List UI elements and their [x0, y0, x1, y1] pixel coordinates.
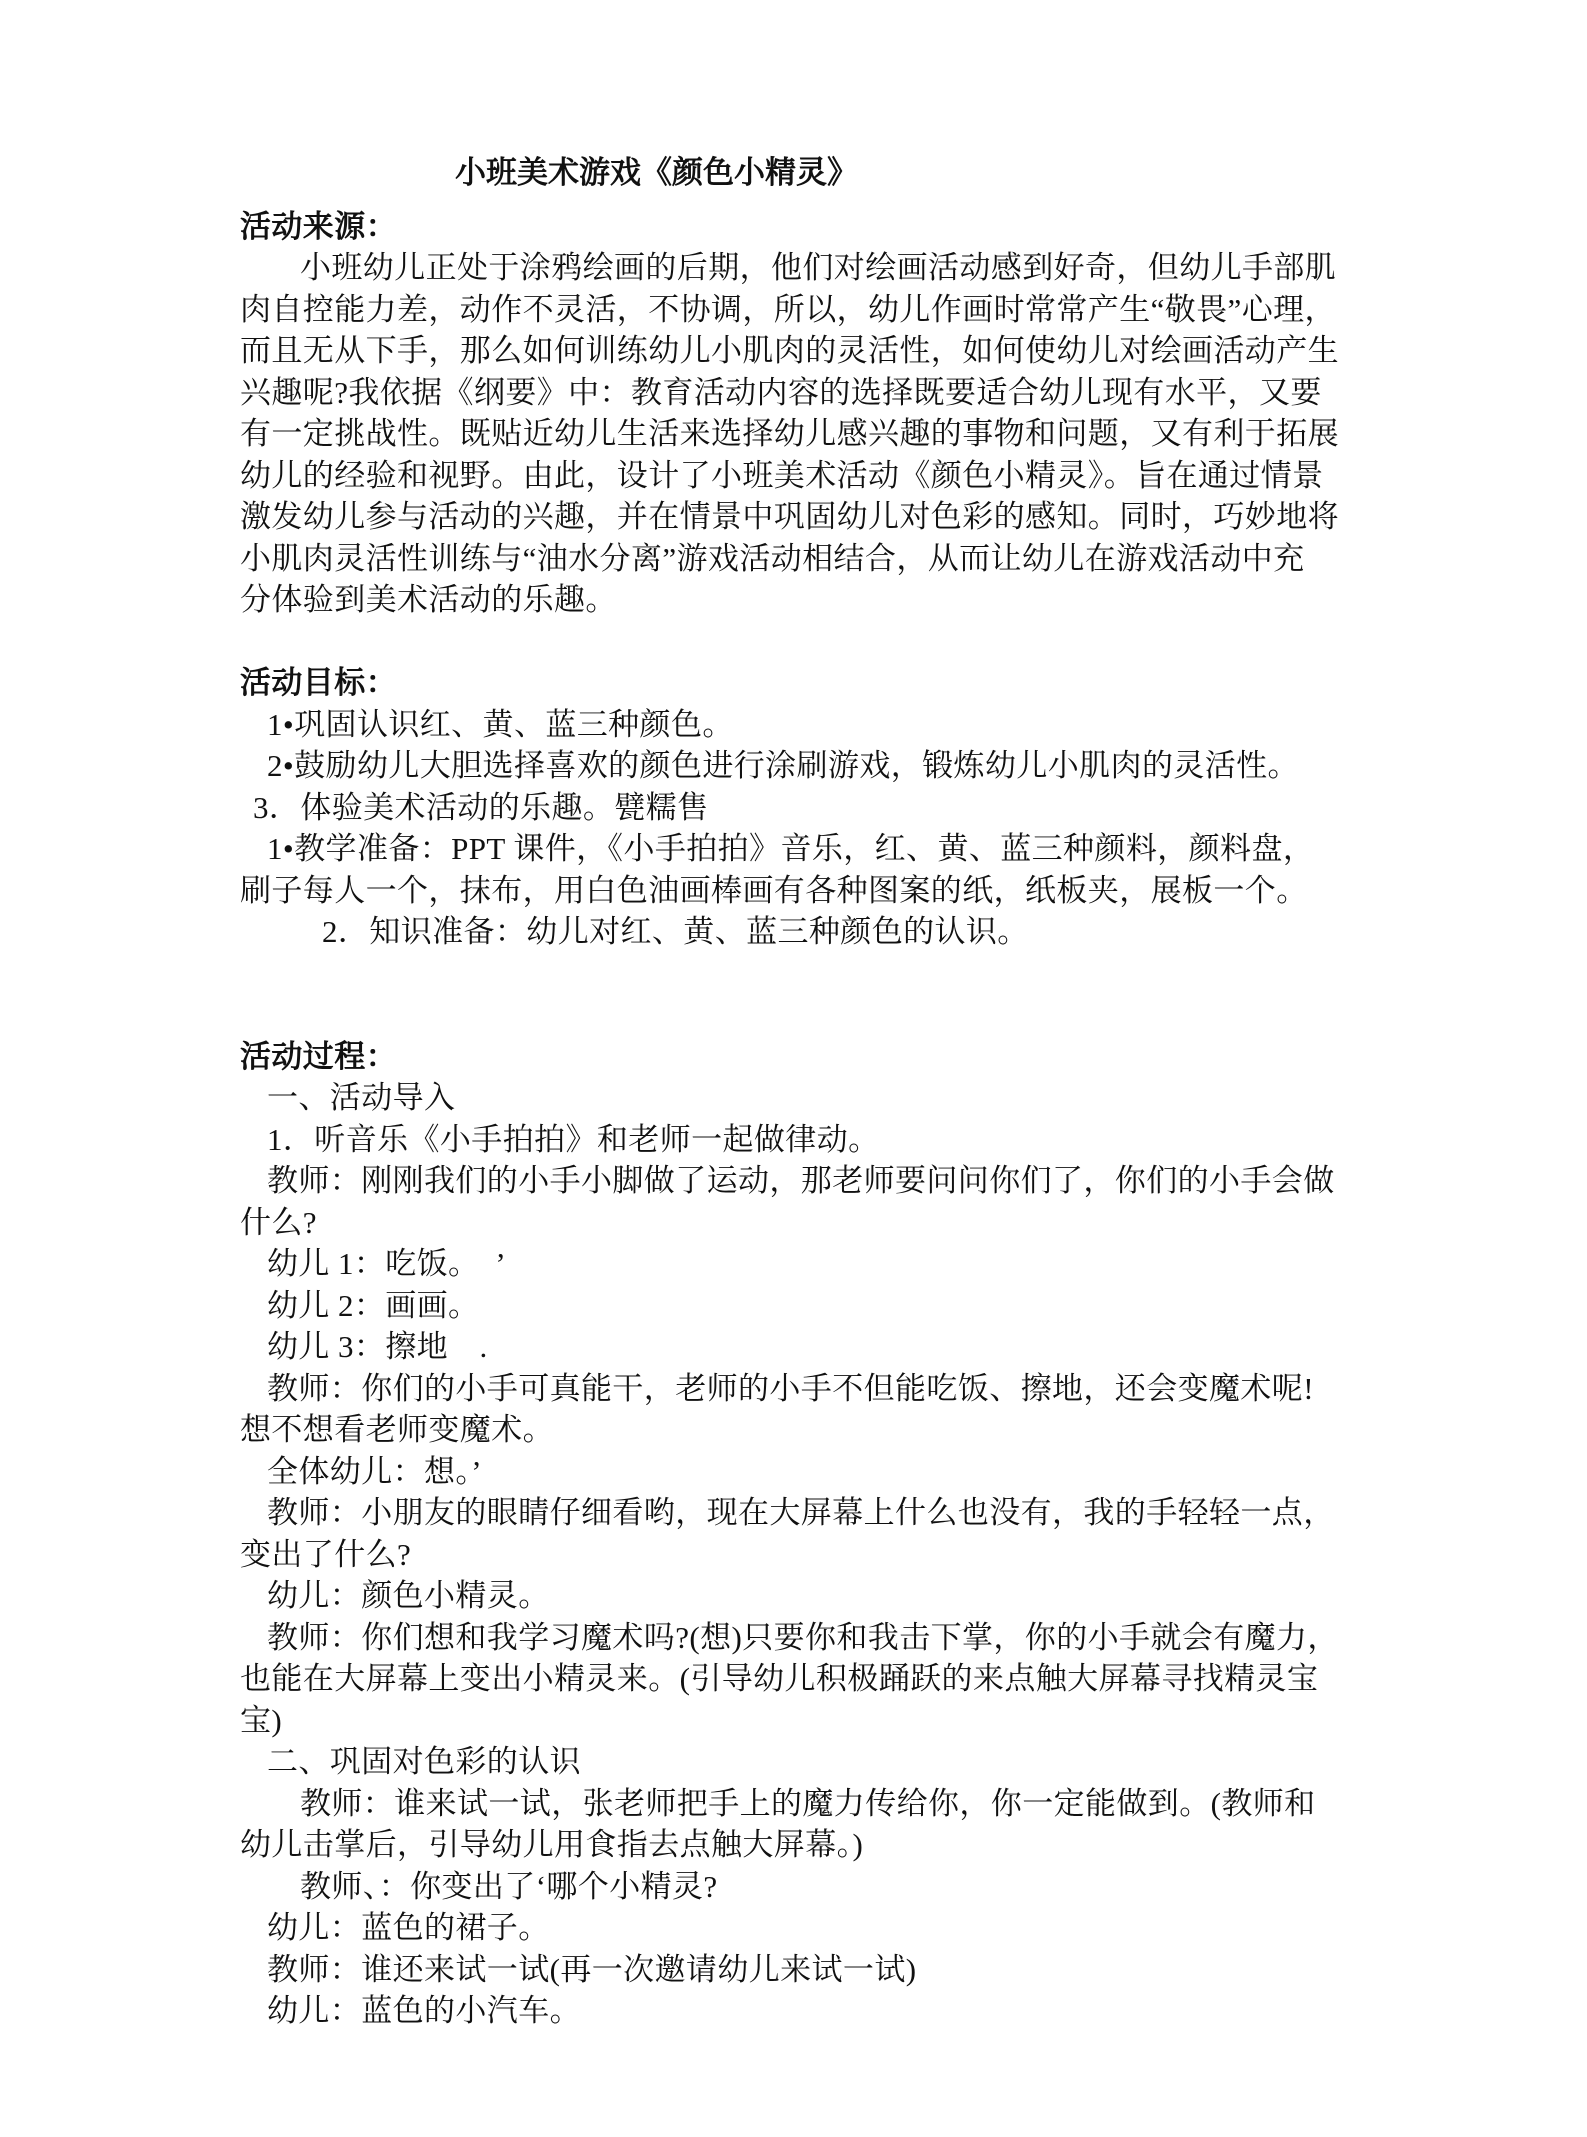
text-line: 2•鼓励幼儿大胆选择喜欢的颜色进行涂刷游戏，锻炼幼儿小肌肉的灵活性。 [0, 745, 1587, 787]
text-line: 什么? [0, 1202, 1587, 1244]
text-line: 活动目标： [0, 662, 1587, 704]
text-line: 而且无从下手，那么如何训练幼儿小肌肉的灵活性，如何使幼儿对绘画活动产生 [0, 330, 1587, 372]
text-line: 变出了什么? [0, 1534, 1587, 1576]
text-line: 活动来源： [0, 206, 1587, 248]
document-page: 小班美术游戏《颜色小精灵》 活动来源：小班幼儿正处于涂鸦绘画的后期，他们对绘画活… [0, 0, 1587, 2137]
text-line: 教师：刚刚我们的小手小脚做了运动，那老师要问问你们了，你们的小手会做 [0, 1160, 1587, 1202]
text-line: 幼儿：颜色小精灵。 [0, 1575, 1587, 1617]
text-line: 1•巩固认识红、黄、蓝三种颜色。 [0, 704, 1587, 746]
text-line: 2．知识准备：幼儿对红、黄、蓝三种颜色的认识。 [0, 911, 1587, 953]
text-line: 1•教学准备：PPT 课件，《小手拍拍》音乐，红、黄、蓝三种颜料，颜料盘， [0, 828, 1587, 870]
text-line: 幼儿：蓝色的裙子。 [0, 1907, 1587, 1949]
text-line: 有一定挑战性。既贴近幼儿生活来选择幼儿感兴趣的事物和问题，又有利于拓展 [0, 413, 1587, 455]
text-line: 小班幼儿正处于涂鸦绘画的后期，他们对绘画活动感到好奇，但幼儿手部肌 [0, 247, 1587, 289]
document-body: 活动来源：小班幼儿正处于涂鸦绘画的后期，他们对绘画活动感到好奇，但幼儿手部肌肉自… [0, 206, 1587, 2032]
document-content: 小班美术游戏《颜色小精灵》 活动来源：小班幼儿正处于涂鸦绘画的后期，他们对绘画活… [0, 0, 1587, 2032]
text-line: 宝) [0, 1700, 1587, 1742]
text-line: 全体幼儿：想。’ [0, 1451, 1587, 1493]
blank-line [0, 994, 1587, 1036]
text-line: 幼儿击掌后，引导幼儿用食指去点触大屏幕。) [0, 1824, 1587, 1866]
text-line: 教师：你们想和我学习魔术吗?(想)只要你和我击下掌，你的小手就会有魔力， [0, 1617, 1587, 1659]
text-line: 3．体验美术活动的乐趣。甓糯售 [0, 787, 1587, 829]
text-line: 幼儿：蓝色的小汽车。 [0, 1990, 1587, 2032]
text-line: 教师、：你变出了‘哪个小精灵? [0, 1866, 1587, 1908]
text-line: 兴趣呢?我依据《纲要》中：教育活动内容的选择既要适合幼儿现有水平，又要 [0, 372, 1587, 414]
text-line: 二、巩固对色彩的认识 [0, 1741, 1587, 1783]
text-line: 想不想看老师变魔术。 [0, 1409, 1587, 1451]
text-line: 刷子每人一个，抹布，用白色油画棒画有各种图案的纸，纸板夹，展板一个。 [0, 870, 1587, 912]
text-line: 教师：小朋友的眼睛仔细看哟，现在大屏幕上什么也没有，我的手轻轻一点， [0, 1492, 1587, 1534]
text-line: 1．听音乐《小手拍拍》和老师一起做律动。 [0, 1119, 1587, 1161]
text-line: 教师：谁来试一试，张老师把手上的魔力传给你，你一定能做到。(教师和 [0, 1783, 1587, 1825]
text-line: 也能在大屏幕上变出小精灵来。(引导幼儿积极踊跃的来点触大屏幕寻找精灵宝 [0, 1658, 1587, 1700]
text-line: 活动过程： [0, 1036, 1587, 1078]
text-line: 一、活动导入 [0, 1077, 1587, 1119]
text-line: 幼儿 2：画画。 [0, 1285, 1587, 1327]
blank-line [0, 953, 1587, 995]
text-line: 幼儿的经验和视野。由此，设计了小班美术活动《颜色小精灵》。旨在通过情景 [0, 455, 1587, 497]
text-line: 分体验到美术活动的乐趣。 [0, 579, 1587, 621]
document-title: 小班美术游戏《颜色小精灵》 [0, 152, 1587, 194]
text-line: 幼儿 1：吃饭。 ’ [0, 1243, 1587, 1285]
text-line: 激发幼儿参与活动的兴趣，并在情景中巩固幼儿对色彩的感知。同时，巧妙地将 [0, 496, 1587, 538]
text-line: 教师：谁还来试一试(再一次邀请幼儿来试一试) [0, 1949, 1587, 1991]
text-line: 小肌肉灵活性训练与“油水分离”游戏活动相结合，从而让幼儿在游戏活动中充 [0, 538, 1587, 580]
text-line: 肉自控能力差，动作不灵活，不协调，所以，幼儿作画时常常产生“敬畏”心理， [0, 289, 1587, 331]
text-line: 幼儿 3：擦地 . [0, 1326, 1587, 1368]
text-line: 教师：你们的小手可真能干，老师的小手不但能吃饭、擦地，还会变魔术呢! [0, 1368, 1587, 1410]
blank-line [0, 621, 1587, 663]
